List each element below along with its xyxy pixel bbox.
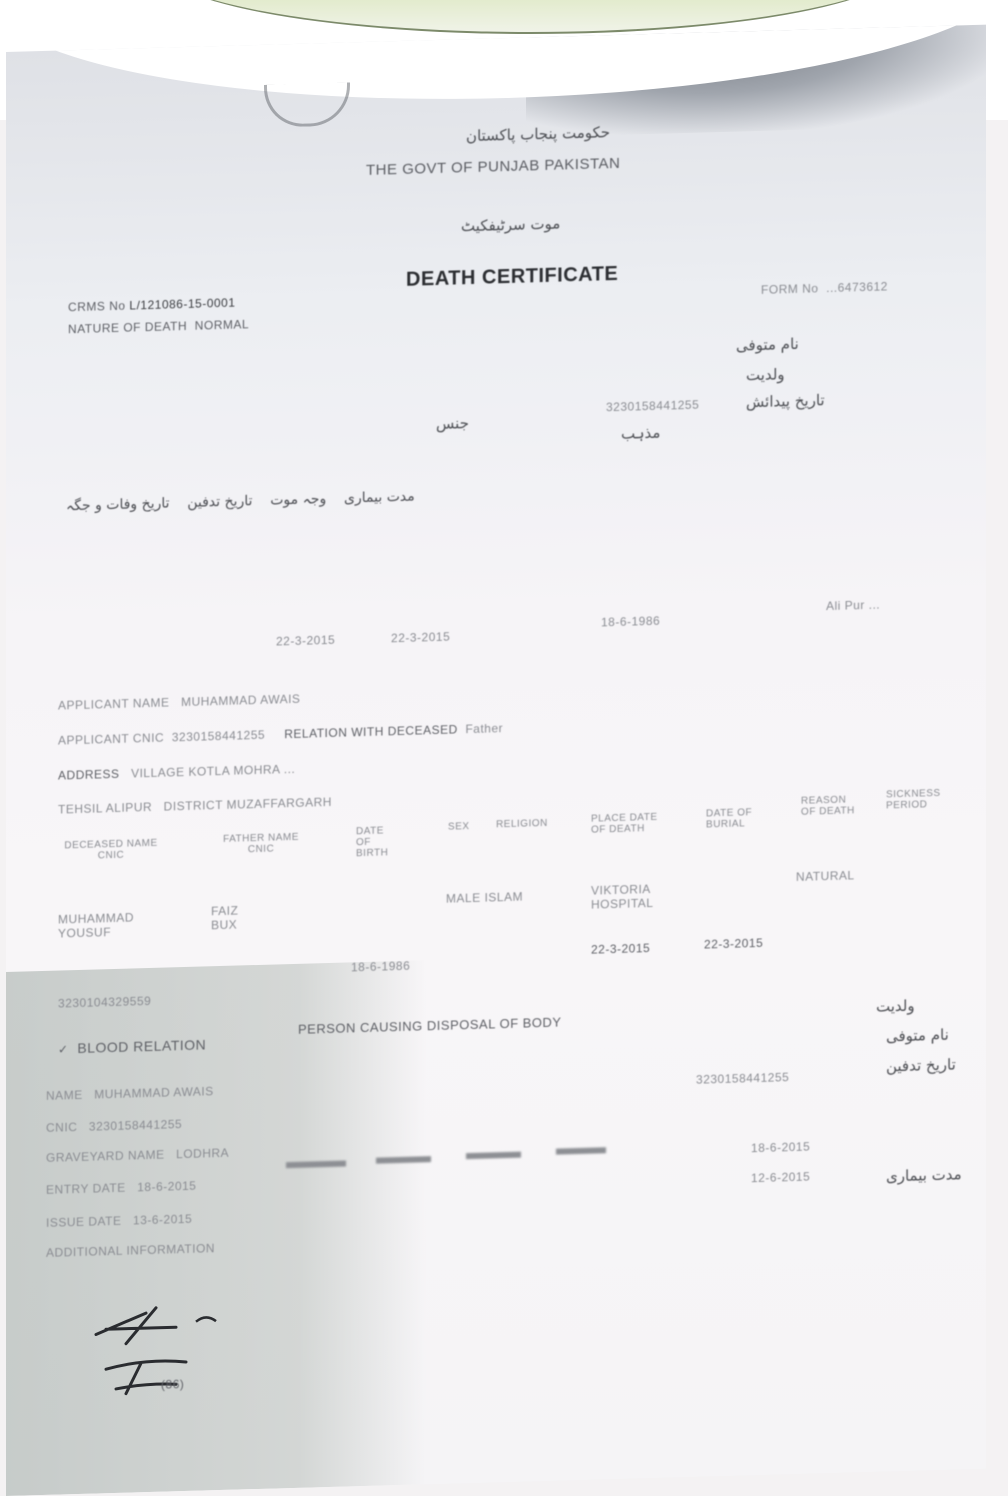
certificate-paper: حکومت پنجاب پاکستان THE GOVT OF PUNJAB P… — [6, 25, 986, 1496]
deceased-cnic: 3230104329559 — [58, 994, 151, 1011]
urdu-disposal-3: تاریخ تدفین — [886, 1055, 956, 1075]
date-of-burial: 22-3-2015 — [704, 936, 763, 952]
col-deceased-name: DECEASED NAME CNIC — [61, 838, 161, 863]
urdu-disposal-1: ولدیت — [876, 997, 915, 1016]
urdu-date-birth: 18-6-1986 — [601, 614, 660, 630]
col-place-date-death: PLACE DATE OF DEATH — [591, 811, 671, 835]
col-father-name: FATHER NAME CNIC — [211, 831, 311, 856]
urdu-line-4: جنس — [436, 414, 469, 433]
col-date-of-birth: DATE OF BIRTH — [356, 825, 396, 859]
place-of-death: VIKTORIA HOSPITAL — [591, 881, 681, 912]
col-sex: SEX — [448, 821, 470, 833]
urdu-disposal-2: نام متوفی — [886, 1026, 949, 1046]
urdu-column-headers: مدت بیماری وجہ موت تاریخ تدفین تاریخ وفا… — [66, 489, 415, 515]
urdu-line-2: ولدیت — [746, 365, 785, 384]
deceased-name: MUHAMMAD YOUSUF — [58, 909, 168, 940]
govt-heading: THE GOVT OF PUNJAB PAKISTAN — [366, 155, 620, 179]
disposal-right-cnic: 3230158441255 — [696, 1070, 789, 1087]
green-folder-edge — [150, 0, 910, 34]
applicant-address: ADDRESS VILLAGE KOTLA MOHRA ... — [58, 762, 295, 783]
urdu-title: موت سرٹیفکیٹ — [461, 215, 560, 236]
disposal-right-entry: 18-6-2015 — [751, 1140, 810, 1156]
nature-of-death: NATURE OF DEATH NORMAL — [68, 317, 249, 336]
urdu-address: Ali Pur ... — [826, 598, 880, 614]
disposal-right-issue: 12-6-2015 — [751, 1170, 810, 1186]
col-reason-death: REASON OF DEATH — [801, 794, 861, 818]
father-name: FAIZ BUX — [211, 903, 251, 932]
date-of-birth: 18-6-1986 — [351, 959, 410, 975]
urdu-line-1: نام متوفی — [736, 335, 799, 355]
urdu-date-burial: 22-3-2015 — [391, 630, 450, 646]
redacted-mark — [556, 1147, 606, 1154]
col-date-burial: DATE OF BURIAL — [706, 807, 756, 830]
urdu-line-5: مذہب — [621, 424, 660, 443]
applicant-cnic: APPLICANT CNIC 3230158441255 RELATION WI… — [58, 721, 503, 747]
govt-emblem-icon — [264, 82, 350, 127]
crms-number: CRMS No L/121086-15-0001 — [68, 296, 235, 315]
urdu-cnic: 3230158441255 — [606, 398, 699, 415]
redacted-mark — [466, 1152, 521, 1160]
urdu-date-death: 22-3-2015 — [276, 633, 335, 649]
urdu-disposal-4: مدت بیماری — [886, 1165, 962, 1185]
urdu-govt-heading: حکومت پنجاب پاکستان — [466, 123, 610, 145]
urdu-line-3: تاریخ پیدائش — [746, 391, 825, 411]
applicant-name: APPLICANT NAME MUHAMMAD AWAIS — [58, 692, 300, 713]
date-of-death: 22-3-2015 — [591, 941, 650, 957]
applicant-tehsil-district: TEHSIL ALIPUR DISTRICT MUZAFFARGARH — [58, 795, 332, 817]
col-sickness-period: SICKNESS PERIOD — [886, 787, 956, 811]
sex-religion: MALE ISLAM — [446, 890, 523, 906]
col-religion: RELIGION — [496, 818, 548, 830]
reason-of-death: NATURAL — [796, 868, 855, 884]
form-number: FORM No ...6473612 — [761, 279, 888, 297]
stamp-number: (86) — [161, 1377, 184, 1392]
page-title: DEATH CERTIFICATE — [406, 263, 618, 292]
